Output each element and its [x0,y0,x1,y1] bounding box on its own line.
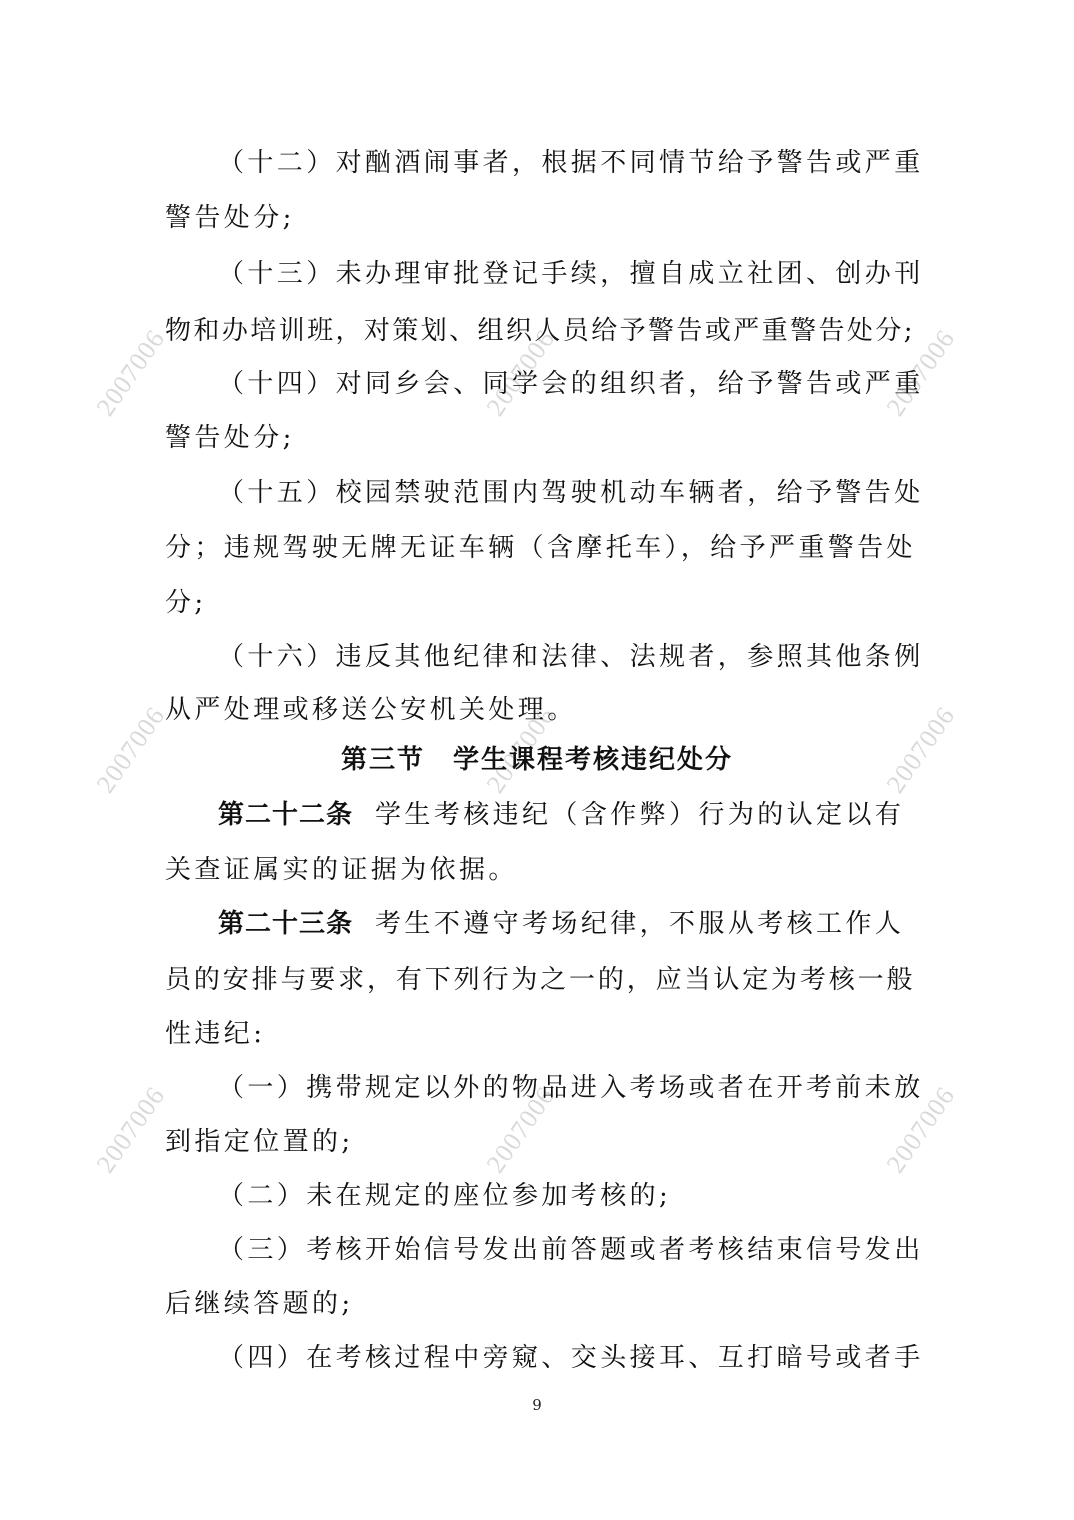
text-line: （十二）对酗酒闹事者，根据不同情节给予警告或严重 [218,145,913,181]
text-line: 警告处分; [165,200,913,236]
text-line: 警告处分; [165,420,913,456]
article-number: 第二十二条 [218,800,353,830]
list-item: （一）携带规定以外的物品进入考场或者在开考前未放 [218,1070,913,1106]
list-item: （四）在考核过程中旁窥、交头接耳、互打暗号或者手 [218,1340,913,1376]
text-line: 从严处理或移送公安机关处理。 [165,692,913,728]
list-item: （二）未在规定的座位参加考核的; [218,1178,913,1214]
article-23: 第二十三条考生不遵守考场纪律，不服从考核工作人 [218,906,913,942]
text-line: 物和办培训班，对策划、组织人员给予警告或严重警告处分; [165,313,913,349]
watermark-text: 2007006 [91,1081,172,1178]
text-line: （十五）校园禁驶范围内驾驶机动车辆者，给予警告处 [218,475,913,511]
text-line: （十三）未办理审批登记手续，擅自成立社团、创办刊 [218,256,913,292]
list-item-continuation: 到指定位置的; [165,1124,913,1160]
text-line: 性违纪: [165,1016,913,1052]
page-number: 9 [0,1396,1074,1414]
text-line: （十六）违反其他纪律和法律、法规者，参照其他条例 [218,639,913,675]
article-text: 学生考核违纪（含作弊）行为的认定以有 [375,800,904,830]
list-item: （三）考核开始信号发出前答题或者考核结束信号发出 [218,1232,913,1268]
text-line: 关查证属实的证据为依据。 [165,852,913,888]
text-line: 分; [165,585,913,621]
document-page: 2007006200700620070062007006200700620070… [0,0,1074,1520]
text-line: （十四）对同乡会、同学会的组织者，给予警告或严重 [218,366,913,402]
watermark-text: 2007006 [91,324,172,421]
article-number: 第二十三条 [218,909,353,939]
section-heading: 第三节 学生课程考核违纪处分 [0,742,1074,778]
article-text: 考生不遵守考场纪律，不服从考核工作人 [375,909,904,939]
list-item-continuation: 后继续答题的; [165,1286,913,1322]
text-line: 分；违规驾驶无牌无证车辆（含摩托车），给予严重警告处 [165,530,913,566]
text-line: 员的安排与要求，有下列行为之一的，应当认定为考核一般 [165,962,913,998]
article-22: 第二十二条学生考核违纪（含作弊）行为的认定以有 [218,797,913,833]
